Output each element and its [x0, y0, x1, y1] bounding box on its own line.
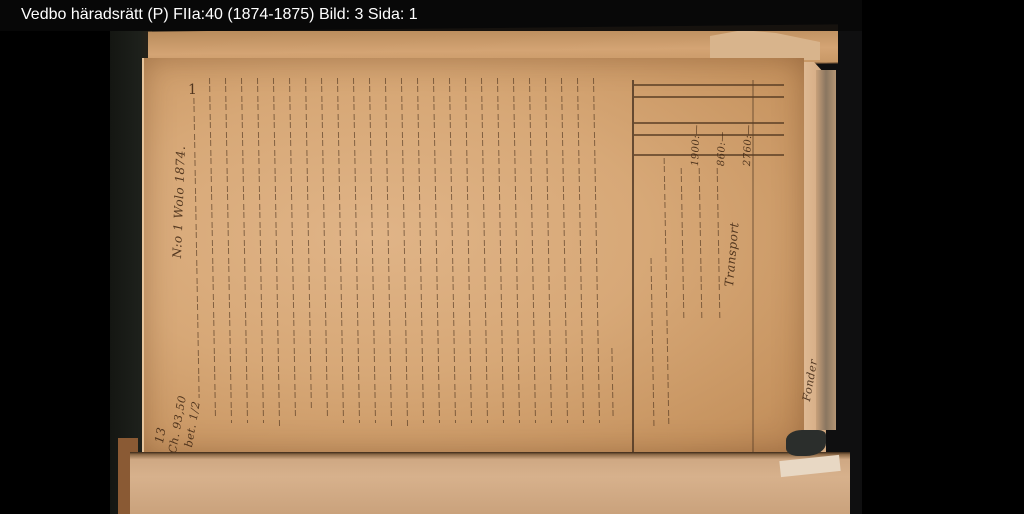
- page-edge: [816, 70, 836, 430]
- ledger-rule: [634, 84, 784, 86]
- page-fold: [130, 452, 850, 514]
- transport-label: Transport: [722, 221, 742, 287]
- ledger-page: 1 N:o 1 Wolo 1874. 13 Ch. 93,50 bet. 1/2: [142, 58, 804, 453]
- ledger-rule: [634, 96, 784, 98]
- ledger-rule: [634, 134, 784, 136]
- page-tear: [786, 430, 826, 456]
- image-title: Vedbo häradsrätt (P) FIIa:40 (1874-1875)…: [21, 5, 418, 25]
- ledger-rule: [634, 154, 784, 156]
- page-number: 1: [188, 82, 197, 98]
- ledger-rule: [634, 122, 784, 124]
- ledger-column-rule: [632, 80, 634, 452]
- image-viewer: 1 N:o 1 Wolo 1874. 13 Ch. 93,50 bet. 1/2: [0, 0, 1024, 514]
- document-scan[interactable]: 1 N:o 1 Wolo 1874. 13 Ch. 93,50 bet. 1/2: [110, 0, 862, 514]
- margin-note-fraction: 13: [152, 426, 169, 444]
- margin-heading: N:o 1 Wolo 1874.: [170, 145, 188, 258]
- amount-2: 860:—: [716, 131, 728, 166]
- amount-3: 2760:—: [742, 124, 754, 166]
- viewer-title-bar: Vedbo häradsrätt (P) FIIa:40 (1874-1875)…: [0, 0, 862, 31]
- amount-1: 1900:—: [690, 124, 702, 166]
